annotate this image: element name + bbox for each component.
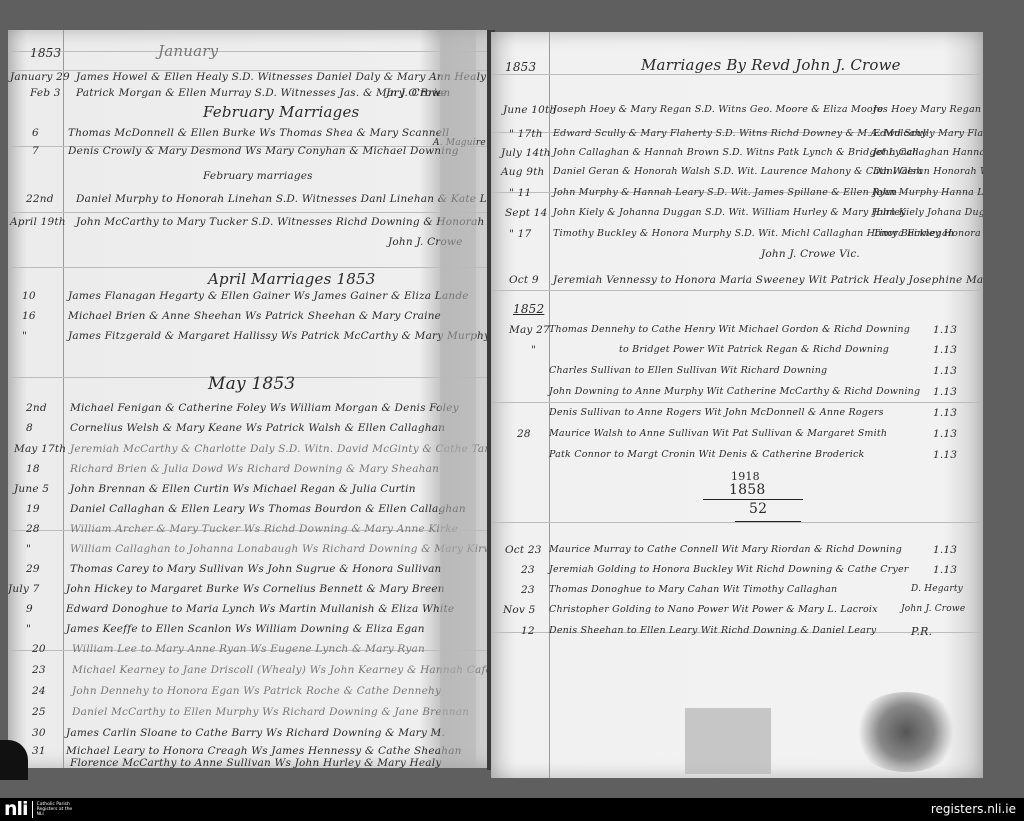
- entry-text: John Brennan & Ellen Curtin Ws Michael R…: [70, 483, 416, 495]
- calc-result: 52: [749, 501, 767, 517]
- entry-date: July 7: [8, 583, 39, 595]
- entry-date: 9: [26, 603, 33, 615]
- signature: Jos Hoey Mary Regan: [873, 104, 981, 115]
- year-label: 1852: [513, 302, 544, 316]
- ruling-line: [491, 74, 983, 75]
- entry-date: May 27: [509, 324, 550, 336]
- ink-stain: [851, 692, 961, 772]
- logo-divider: [32, 801, 33, 818]
- entry-date: 23: [521, 584, 535, 596]
- entry-text: Daniel McCarthy to Ellen Murphy Ws Richa…: [72, 706, 469, 718]
- year-label: 1853: [505, 60, 536, 74]
- paper-patch: [685, 708, 771, 774]
- nli-logo-text: Catholic Parish Registers at the NLI: [37, 802, 77, 817]
- entry-text: Cornelius Welsh & Mary Keane Ws Patrick …: [70, 422, 445, 434]
- officiant-note: D. Hegarty: [911, 584, 963, 594]
- signature: Jn J. Crowe: [386, 87, 447, 99]
- shadow-band: [440, 30, 476, 768]
- faint-heading: January: [158, 42, 218, 60]
- entry-text: John Dennehy to Honora Egan Ws Patrick R…: [72, 685, 441, 697]
- document-viewer[interactable]: 1853 January January 29 James Howel & El…: [0, 0, 1024, 798]
- fee-amount: 1.13: [933, 407, 957, 419]
- entry-date: 29: [26, 563, 40, 575]
- entry-text: Thomas Donoghue to Mary Cahan Wit Timoth…: [549, 584, 837, 595]
- margin-rule: [549, 32, 550, 778]
- entry-text: John Hickey to Margaret Burke Ws Corneli…: [66, 583, 445, 595]
- entry-date: 6: [32, 127, 39, 139]
- footer-bar: nli Catholic Parish Registers at the NLI…: [0, 798, 1024, 821]
- signature: Timy Buckley Honora Murphy: [873, 228, 983, 239]
- entry-text: Richard Brien & Julia Dowd Ws Richard Do…: [70, 463, 439, 475]
- entry-date: 12: [521, 625, 535, 637]
- entry-text: Joseph Hoey & Mary Regan S.D. Witns Geo.…: [553, 104, 883, 115]
- entry-text: Edward Donoghue to Maria Lynch Ws Martin…: [66, 603, 454, 615]
- page-title: Marriages By Revd John J. Crowe: [641, 56, 901, 74]
- fee-amount: 1.13: [933, 544, 957, 556]
- margin-rule: [63, 30, 64, 768]
- signature: John Murphy Hanna Leary: [873, 187, 983, 198]
- entry-date: May 17th: [14, 443, 66, 455]
- entry-date: 7: [32, 145, 39, 157]
- entry-text: Michael Leary to Honora Creagh Ws James …: [66, 745, 462, 757]
- signature: Danl Geran Honorah Walsh: [873, 166, 983, 177]
- entry-date: 10: [22, 290, 36, 302]
- entry-text: Thomas McDonnell & Ellen Burke Ws Thomas…: [68, 127, 449, 139]
- entry-date: 28: [26, 523, 40, 535]
- fee-amount: 1.13: [933, 449, 957, 461]
- entry-date: Oct 9: [509, 274, 539, 286]
- section-heading: February Marriages: [203, 103, 359, 121]
- entry-text: Christopher Golding to Nano Power Wit Po…: [549, 604, 878, 615]
- entry-date: 16: [22, 310, 36, 322]
- left-page: 1853 January January 29 James Howel & El…: [8, 30, 492, 768]
- entry-text: Maurice Murray to Cathe Connell Wit Mary…: [549, 544, 902, 555]
- nli-logo[interactable]: nli Catholic Parish Registers at the NLI: [4, 800, 77, 819]
- entry-text: Daniel Callaghan & Ellen Leary Ws Thomas…: [70, 503, 466, 515]
- entry-date: " 17th: [509, 128, 543, 140]
- fee-amount: 1.13: [933, 344, 957, 356]
- entry-date: June 5: [14, 483, 49, 495]
- entry-date: 23: [521, 564, 535, 576]
- entry-date: 24: [32, 685, 46, 697]
- year-label: 1853: [30, 46, 61, 60]
- entry-text: James Keeffe to Ellen Scanlon Ws William…: [66, 623, 425, 635]
- entry-text: Thomas Carey to Mary Sullivan Ws John Su…: [70, 563, 442, 575]
- ruling-line: [491, 402, 983, 403]
- entry-text: Denis Sullivan to Anne Rogers Wit John M…: [549, 407, 884, 418]
- fee-amount: 1.13: [933, 324, 957, 336]
- entry-text: Jeremiah Vennessy to Honora Maria Sweene…: [553, 274, 983, 286]
- entry-text: William Lee to Mary Anne Ryan Ws Eugene …: [72, 643, 425, 655]
- entry-date: June 10th: [503, 104, 556, 116]
- entry-date: 31: [32, 745, 46, 757]
- fee-amount: 1.13: [933, 428, 957, 440]
- entry-text: Michael Kearney to Jane Driscoll (Whealy…: [72, 664, 492, 676]
- officiant-note: P.R.: [911, 625, 932, 638]
- entry-date: Aug 9th: [501, 166, 544, 178]
- entry-text: Daniel Geran & Honorah Walsh S.D. Wit. L…: [553, 166, 922, 177]
- signature: John Callaghan Hanna Brown: [873, 147, 983, 158]
- entry-text: John Callaghan & Hannah Brown S.D. Witns…: [553, 147, 919, 158]
- entry-text: James Fitzgerald & Margaret Hallissy Ws …: [68, 330, 490, 342]
- entry-text: Denis Crowly & Mary Desmond Ws Mary Cony…: [68, 145, 459, 157]
- sum-rule: [703, 499, 803, 500]
- entry-text: Charles Sullivan to Ellen Sullivan Wit R…: [549, 365, 827, 376]
- sum-rule: [735, 521, 801, 522]
- entry-date: 19: [26, 503, 40, 515]
- officiant-note: John J. Crowe: [901, 604, 965, 614]
- entry-date: ": [26, 543, 31, 555]
- signature: Edwd Scully Mary Flaherty: [873, 128, 983, 139]
- signature: John J. Crowe Vic.: [761, 248, 860, 260]
- right-page: 1853 Marriages By Revd John J. Crowe Jun…: [491, 32, 983, 778]
- entry-date: 28: [517, 428, 531, 440]
- signature: John Kiely Johana Duggan: [873, 207, 983, 218]
- entry-date: ": [26, 623, 31, 635]
- entry-text: William Archer & Mary Tucker Ws Richd Do…: [70, 523, 458, 535]
- entry-text: Jeremiah McCarthy & Charlotte Daly S.D. …: [70, 443, 492, 455]
- calc-line-2: 1858: [729, 482, 765, 498]
- entry-text: Maurice Walsh to Anne Sullivan Wit Pat S…: [549, 428, 887, 439]
- entry-text: John Murphy & Hannah Leary S.D. Wit. Jam…: [553, 187, 897, 198]
- entry-text: James Flanagan Hegarty & Ellen Gainer Ws…: [68, 290, 469, 302]
- entry-date: ": [531, 344, 536, 356]
- nli-logo-mark: nli: [4, 800, 28, 819]
- ruling-line: [491, 290, 983, 291]
- entry-date: " 11: [509, 187, 531, 199]
- entry-date: January 29: [10, 71, 70, 83]
- entry-date: Oct 23: [505, 544, 542, 556]
- entry-text: Thomas Dennehy to Cathe Henry Wit Michae…: [549, 324, 910, 335]
- entry-date: Nov 5: [503, 604, 535, 616]
- entry-date: 22nd: [26, 193, 54, 205]
- section-heading: February marriages: [203, 170, 313, 182]
- entry-text: Daniel Murphy to Honorah Linehan S.D. Wi…: [76, 193, 492, 205]
- entry-date: 18: [26, 463, 40, 475]
- entry-date: ": [22, 330, 27, 342]
- entry-text: James Carlin Sloane to Cathe Barry Ws Ri…: [66, 727, 445, 739]
- ruling-line: [491, 522, 983, 523]
- section-heading: April Marriages 1853: [208, 270, 375, 288]
- entry-text: Michael Brien & Anne Sheehan Ws Patrick …: [68, 310, 441, 322]
- entry-date: July 14th: [501, 147, 551, 159]
- entry-date: 2nd: [26, 402, 47, 414]
- entry-text: Denis Sheehan to Ellen Leary Wit Richd D…: [549, 625, 876, 636]
- entry-text: William Callaghan to Johanna Lonabaugh W…: [70, 543, 492, 555]
- site-link[interactable]: registers.nli.ie: [931, 802, 1016, 816]
- entry-text: John Kiely & Johanna Duggan S.D. Wit. Wi…: [553, 207, 906, 218]
- entry-text: Jeremiah Golding to Honora Buckley Wit R…: [549, 564, 909, 575]
- entry-date: Feb 3: [30, 87, 61, 99]
- entry-date: " 17: [509, 228, 531, 240]
- entry-text: Michael Fenigan & Catherine Foley Ws Wil…: [70, 402, 459, 414]
- entry-date: 8: [26, 422, 33, 434]
- fee-amount: 1.13: [933, 365, 957, 377]
- entry-text: Edward Scully & Mary Flaherty S.D. Witns…: [553, 128, 927, 139]
- ruling-line: [8, 212, 492, 213]
- entry-date: 23: [32, 664, 46, 676]
- entry-text: John Downing to Anne Murphy Wit Catherin…: [549, 386, 920, 397]
- fee-amount: 1.13: [933, 386, 957, 398]
- entry-text: John McCarthy to Mary Tucker S.D. Witnes…: [76, 216, 492, 228]
- fee-amount: 1.13: [933, 564, 957, 576]
- entry-text: to Bridget Power Wit Patrick Regan & Ric…: [619, 344, 889, 355]
- entry-date: 25: [32, 706, 46, 718]
- entry-date: Sept 14: [505, 207, 547, 219]
- ruling-line: [8, 51, 492, 52]
- entry-text: Florence McCarthy to Anne Sullivan Ws Jo…: [70, 757, 441, 768]
- entry-text: Patk Connor to Margt Cronin Wit Denis & …: [549, 449, 864, 460]
- section-heading: May 1853: [208, 374, 295, 394]
- ruling-line: [8, 267, 492, 268]
- entry-text: James Howel & Ellen Healy S.D. Witnesses…: [76, 71, 486, 83]
- entry-date: April 19th: [10, 216, 66, 228]
- entry-date: 20: [32, 643, 46, 655]
- entry-date: 30: [32, 727, 46, 739]
